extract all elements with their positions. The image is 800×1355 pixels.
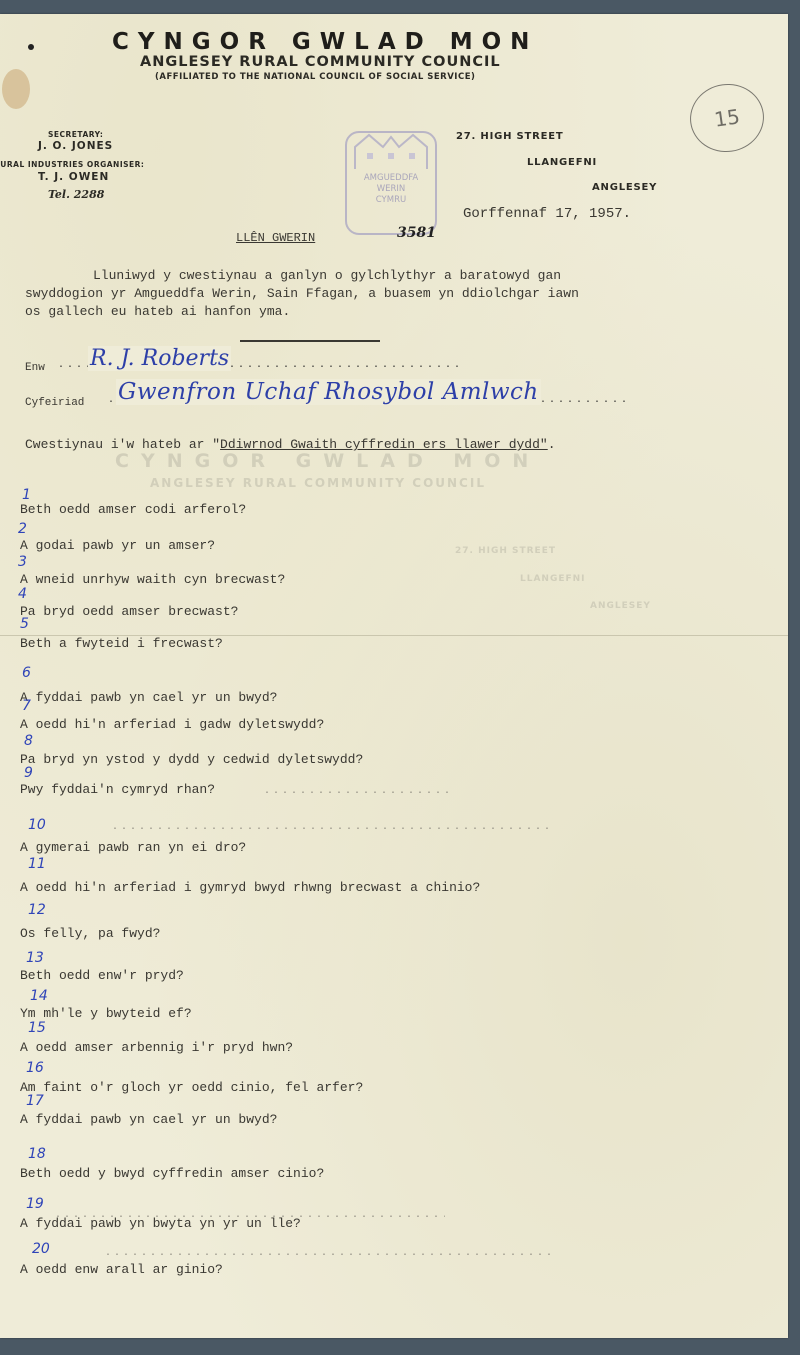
questions-intro-topic: Ddiwrnod Gwaith cyffredin ers llawer dyd… [220,437,548,452]
question-text: Beth oedd y bwyd cyffredin amser cinio? [20,1166,324,1181]
question-text: A fyddai pawb yn cael yr un bwyd? [20,690,277,705]
question-number: 17 [26,1093,44,1109]
address-line-2: LLANGEFNI [527,157,597,168]
question-text: Ym mh'le y bwyteid ef? [20,1006,192,1021]
name-label: Enw [25,362,45,374]
question-number: 5 [20,616,29,632]
question-number: 2 [18,521,27,537]
reference-number: 3581 [397,225,436,241]
secretary-label: SECRETARY: [48,130,103,139]
question-text: Beth a fwyteid i frecwast? [20,636,223,651]
address-line-3: ANGLESEY [592,182,657,193]
telephone: Tel. 2288 [48,188,104,201]
ghost-subtitle: ANGLESEY RURAL COMMUNITY COUNCIL [150,476,486,490]
answer-dotted-line: .......................... [264,786,454,797]
questions-intro-prefix: Cwestiynau i'w hateb ar " [25,437,220,452]
intro-line-1: Lluniwyd y cwestiynau a ganlyn o gylchly… [93,268,561,283]
castle-icon [347,133,435,173]
question-number: 7 [22,698,31,714]
question-number: 8 [24,733,33,749]
letterhead-title: CYNGOR GWLAD MON [112,29,538,55]
page-number: 15 [713,104,742,131]
letterhead-subtitle: ANGLESEY RURAL COMMUNITY COUNCIL [140,54,501,70]
address-label: Cyfeiriad [25,397,84,409]
question-number: 11 [28,856,46,872]
question-text: Os felly, pa fwyd? [20,926,160,941]
question-text: Am faint o'r gloch yr oedd cinio, fel ar… [20,1080,363,1095]
question-text: A godai pawb yr un amser? [20,538,215,553]
question-text: Pa bryd oedd amser brecwast? [20,604,238,619]
question-text: A oedd hi'n arferiad i gymryd bwyd rhwng… [20,880,480,895]
museum-stamp: AMGUEDDFA WERIN CYMRU [345,131,437,235]
question-text: Pwy fyddai'n cymryd rhan? [20,782,215,797]
organiser-label: RURAL INDUSTRIES ORGANISER: [0,160,144,169]
secretary-name: J. O. JONES [38,140,113,152]
address-value[interactable]: Gwenfron Uchaf Rhosybol Amlwch [116,379,541,405]
question-text: A wneid unrhyw waith cyn brecwast? [20,572,285,587]
divider-rule [240,340,380,342]
question-text: A fyddai pawb yn cael yr un bwyd? [20,1112,277,1127]
question-number: 16 [26,1060,44,1076]
intro-line-3: os gallech eu hateb ai hanfon yma. [25,304,290,319]
questions-intro: Cwestiynau i'w hateb ar "Ddiwrnod Gwaith… [25,437,556,452]
question-number: 9 [24,765,33,781]
question-text: Beth oedd enw'r pryd? [20,968,184,983]
question-number: 4 [18,586,27,602]
question-text: A oedd amser arbennig i'r pryd hwn? [20,1040,293,1055]
letterhead-affiliation: (AFFILIATED TO THE NATIONAL COUNCIL OF S… [155,72,475,82]
ghost-address-2: LLANGEFNI [520,574,586,584]
answer-dotted-line: ........................................… [112,822,552,833]
ghost-address-1: 27. HIGH STREET [455,546,556,556]
intro-line-2: swyddogion yr Amgueddfa Werin, Sain Ffag… [25,286,579,301]
paper-stain [2,69,30,109]
question-text: A oedd enw arall ar ginio? [20,1262,223,1277]
question-number: 13 [26,950,44,966]
question-number: 19 [26,1196,44,1212]
question-text: Pa bryd yn ystod y dydd y cedwid dyletsw… [20,752,363,767]
answer-dotted-line: ........................................… [55,1210,445,1221]
question-number: 15 [28,1020,46,1036]
ghost-address-3: ANGLESEY [590,601,651,611]
question-text: A oedd hi'n arferiad i gadw dyletswydd? [20,717,324,732]
heading-llen-gwerin: LLÊN GWERIN [236,231,315,245]
answer-dotted-line: ........................................… [105,1248,550,1259]
letter-date: Gorffennaf 17, 1957. [463,206,631,222]
stamp-line-1: AMGUEDDFA [347,173,435,184]
question-number: 20 [32,1241,50,1257]
question-number: 14 [30,988,48,1004]
questions-intro-suffix: . [548,437,556,452]
stamp-line-3: CYMRU [347,195,435,206]
question-number: 3 [18,554,27,570]
stamp-line-2: WERIN [347,184,435,195]
question-text: A gymerai pawb ran yn ei dro? [20,840,246,855]
paper-stain [28,44,34,50]
question-number: 10 [28,817,46,833]
ghost-title: CYNGOR GWLAD MON [115,450,540,472]
question-number: 18 [28,1146,46,1162]
question-text: Beth oedd amser codi arferol? [20,502,246,517]
question-number: 1 [22,487,31,503]
question-number: 6 [22,665,31,681]
document-page: CYNGOR GWLAD MON ANGLESEY RURAL COMMUNIT… [0,14,788,1338]
question-number: 12 [28,902,46,918]
organiser-name: T. J. OWEN [38,171,109,183]
circled-page-number: 15 [686,79,769,157]
name-value[interactable]: R. J. Roberts [88,346,231,371]
address-line-1: 27. HIGH STREET [456,131,564,142]
